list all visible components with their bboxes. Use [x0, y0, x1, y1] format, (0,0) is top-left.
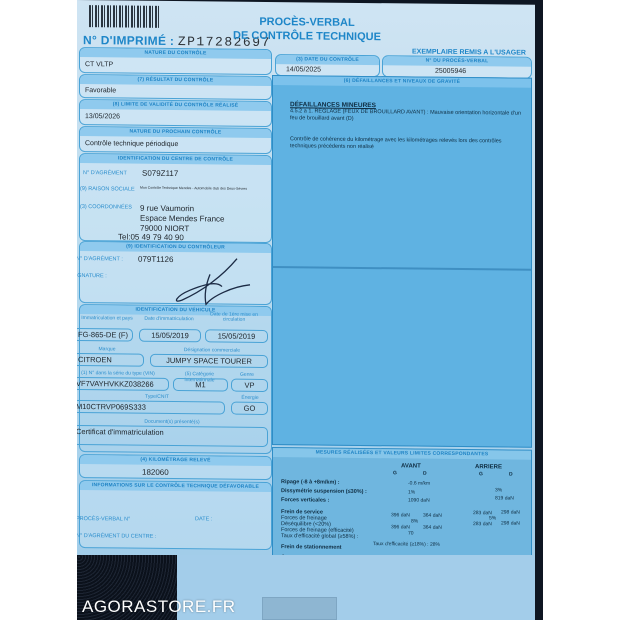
resultat-value: Favorable: [85, 87, 116, 94]
resultat-box: (7) RÉSULTAT DU CONTRÔLE Favorable: [79, 74, 272, 100]
date-controle-box: (3) DATE DU CONTRÔLE 14/05/2025: [275, 54, 380, 77]
proces-verbal-document: N° D'IMPRIMÉ : ZP17282697 PROCÈS-VERBAL …: [77, 0, 535, 603]
document-photo: N° D'IMPRIMÉ : ZP17282697 PROCÈS-VERBAL …: [77, 0, 543, 620]
defavorable-box: INFORMATIONS SUR LE CONTRÔLE TECHNIQUE D…: [79, 480, 272, 550]
barcode-icon: [89, 5, 159, 28]
watermark: AGORASTORE.FR: [82, 597, 236, 617]
designation-value: JUMPY SPACE TOURER: [150, 354, 268, 368]
pv-number-value: 25005946: [435, 68, 466, 75]
paper-fold: [273, 266, 531, 271]
defaillance-item: 4.5.2 a 1. RÉGLAGE (FEUX DE BROUILLARD A…: [290, 108, 525, 124]
document-title: PROCÈS-VERBAL DE CONTRÔLE TECHNIQUE: [217, 14, 397, 44]
date-immatriculation-value: 15/05/2019: [139, 329, 201, 343]
prochain-controle-value: Contrôle technique périodique: [85, 140, 178, 148]
kilometrage-value: 182060: [142, 468, 169, 477]
centre-raison-value: Mon Contrôle Technique Mendes - Automobi…: [140, 186, 270, 191]
paper-tab: [262, 597, 337, 620]
defaillances-panel: (6) DÉFAILLANCES ET NIVEAUX DE GRAVITÉ D…: [272, 75, 532, 448]
genre-value: VP: [231, 379, 268, 392]
limite-validite-value: 13/05/2026: [85, 113, 120, 120]
energie-value: GO: [231, 402, 268, 415]
immatriculation-value: FG-865-DE (F): [77, 328, 133, 342]
nature-controle-value: CT VLTP: [85, 61, 113, 68]
premiere-circulation-value: 15/05/2019: [205, 329, 268, 343]
centre-agrement-value: S079Z117: [142, 169, 178, 178]
kilometrage-box: (4) KILOMÉTRAGE RELEVÉ 182060: [79, 454, 272, 480]
categorie-value: M1: [173, 378, 228, 392]
signature-image: [162, 256, 252, 307]
documents-value: Certificat d'immatriculation: [77, 425, 268, 447]
kilometrage-note: Contrôle de cohérence du kilométrage ave…: [290, 136, 525, 152]
pv-number-box: N° DU PROCÈS-VERBAL 25005946: [382, 55, 532, 79]
type-cnit-value: M10CTRVP069S333: [77, 400, 225, 415]
prochain-controle-box: NATURE DU PROCHAIN CONTRÔLE Contrôle tec…: [79, 126, 272, 154]
limite-validite-box: (8) LIMITE DE VALIDITÉ DU CONTRÔLE RÉALI…: [79, 99, 272, 127]
vin-value: VF7VAYHVKKZ038266: [77, 377, 169, 391]
centre-box: IDENTIFICATION DU CENTRE DE CONTRÔLE N° …: [79, 153, 272, 243]
nature-controle-box: NATURE DU CONTRÔLE CT VLTP: [79, 47, 272, 75]
centre-address: 9 rue Vaumorin Espace Mendes France 7900…: [140, 204, 225, 235]
date-controle-value: 14/05/2025: [286, 66, 321, 73]
marque-value: CITROEN: [77, 353, 144, 367]
